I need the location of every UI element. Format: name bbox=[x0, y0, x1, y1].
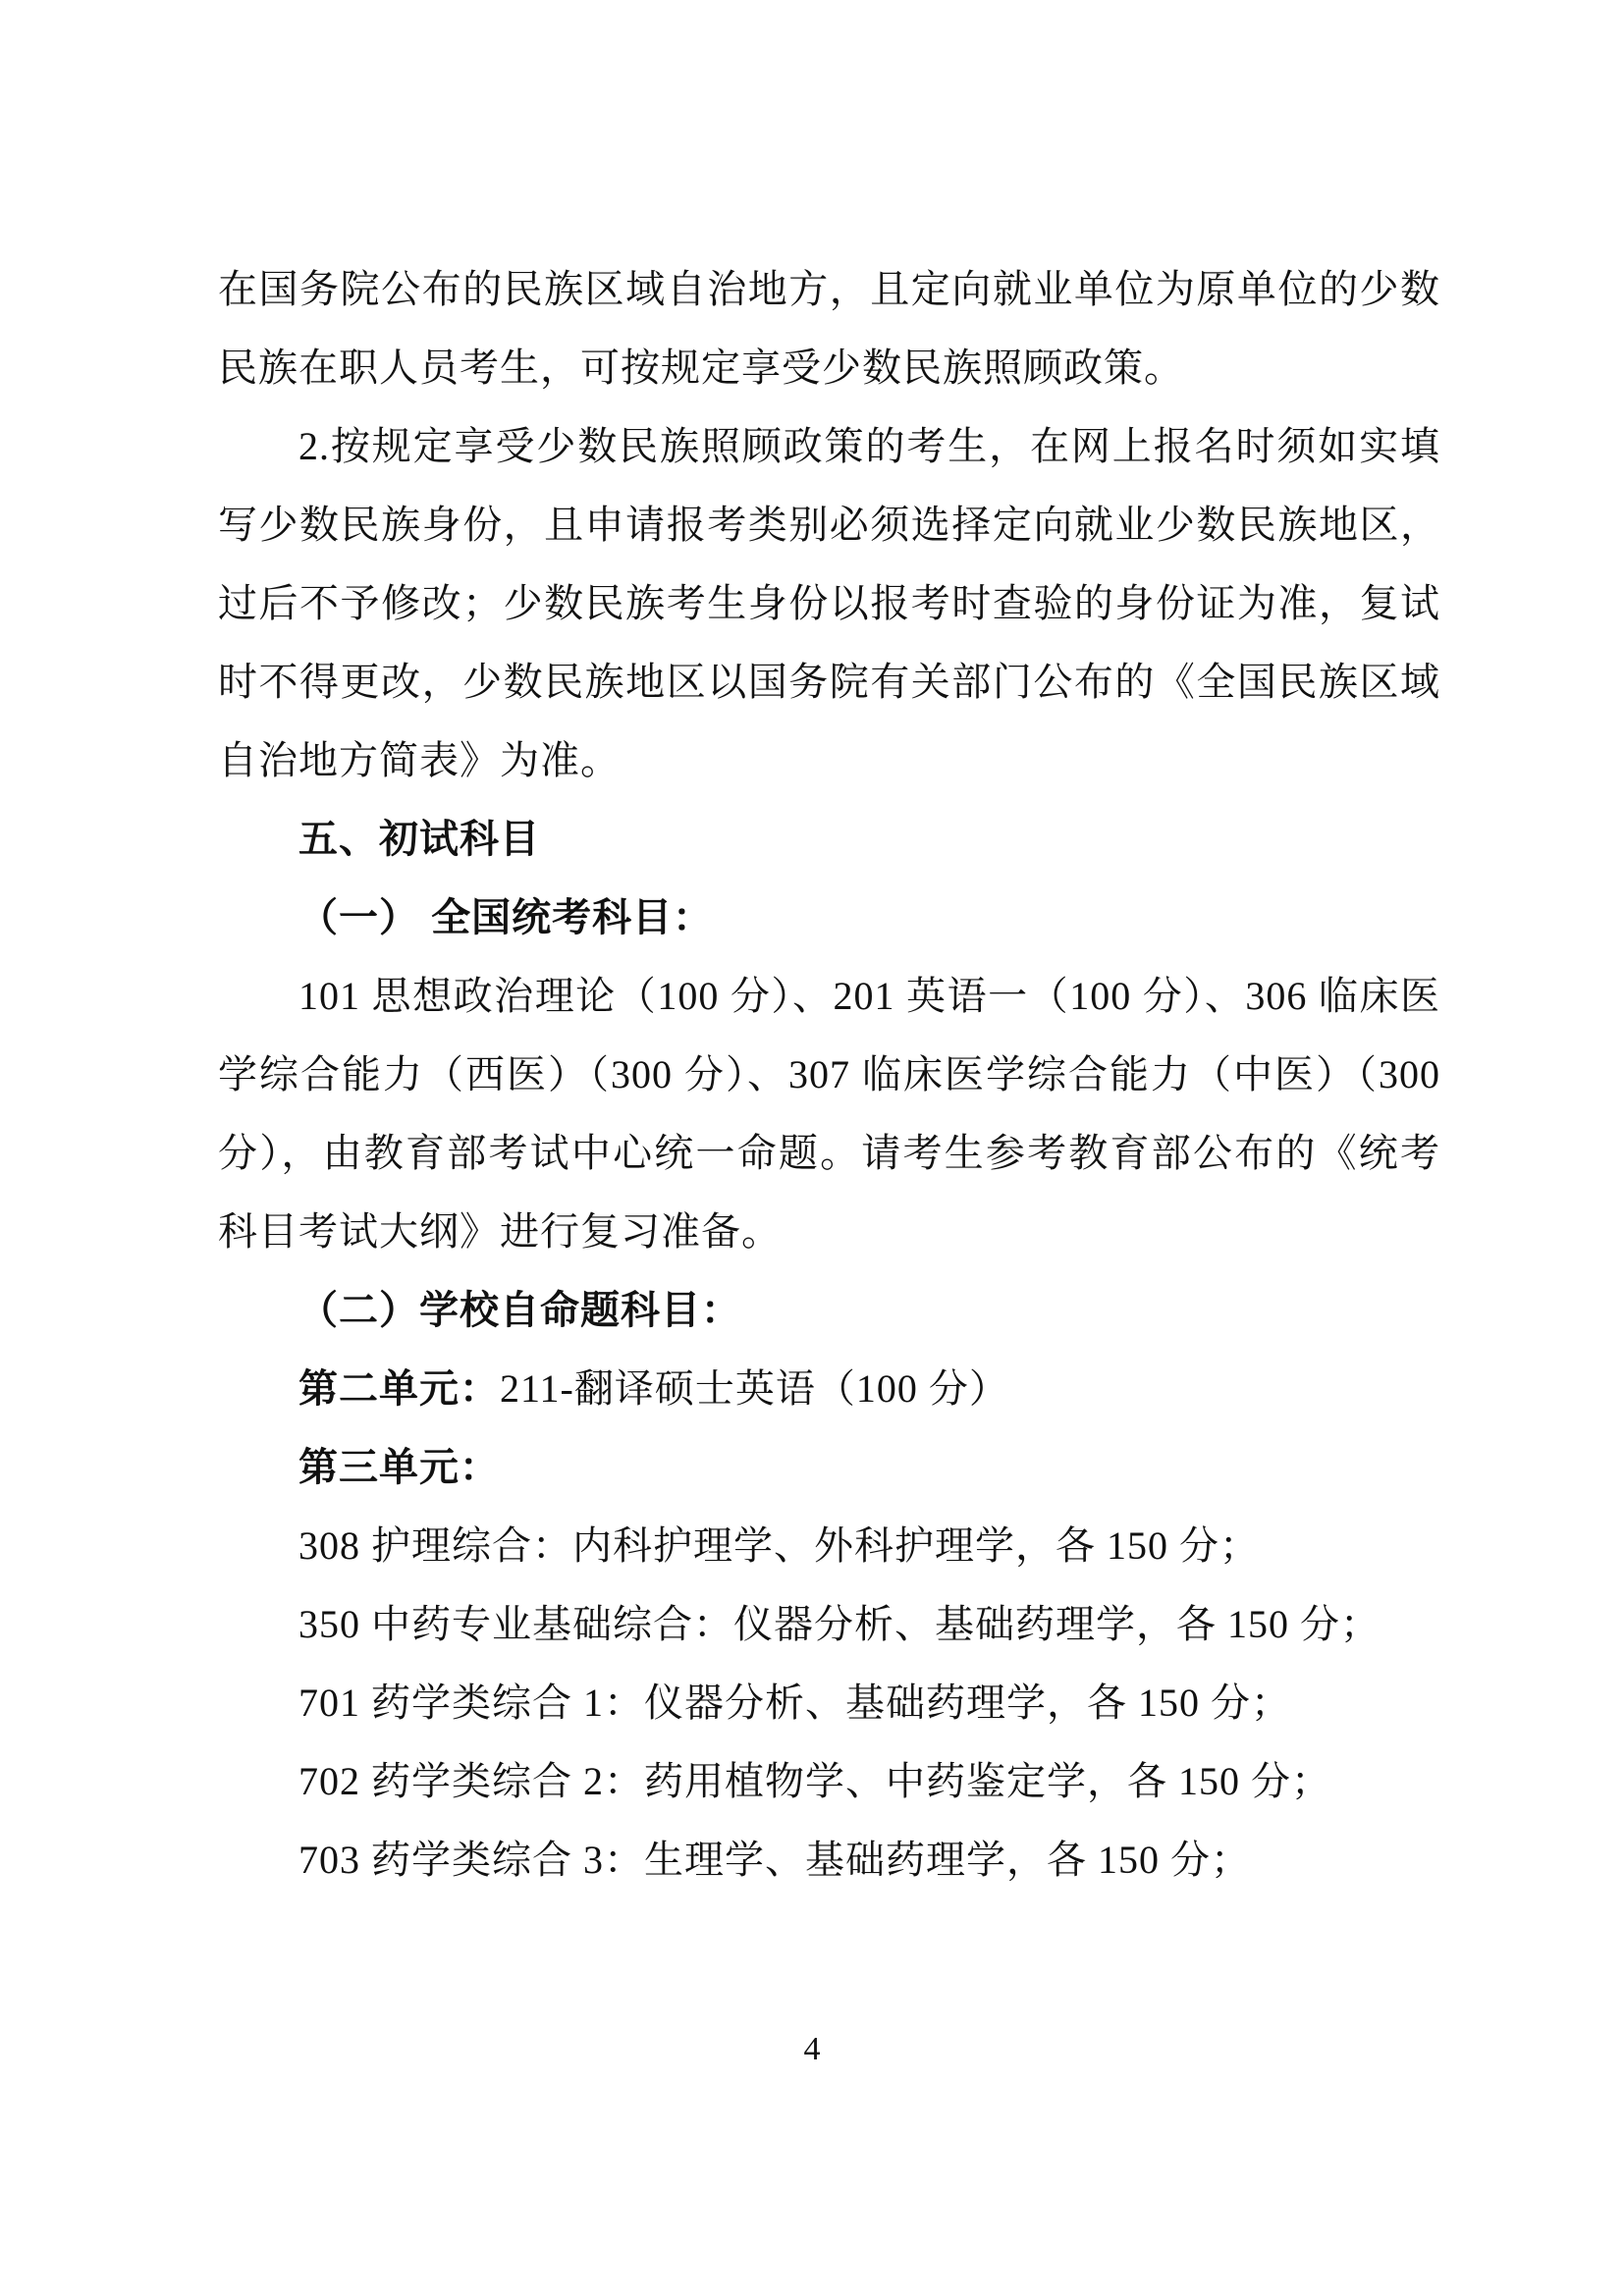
subsection-heading-national-unified-subjects: （一） 全国统考科目： bbox=[218, 879, 1440, 957]
paragraph-minority-policy-rule2: 2.按规定享受少数民族照顾政策的考生，在网上报名时须如实填写少数民族身份，且申请… bbox=[218, 407, 1440, 800]
subject-line-308-nursing: 308 护理综合：内科护理学、外科护理学，各 150 分； bbox=[218, 1507, 1440, 1585]
paragraph-national-unified-subjects-detail: 101 思想政治理论（100 分）、201 英语一（100 分）、306 临床医… bbox=[218, 957, 1440, 1271]
paragraph-minority-policy-continuation: 在国务院公布的民族区域自治地方，且定向就业单位为原单位的少数民族在职人员考生，可… bbox=[218, 250, 1440, 407]
document-page: 在国务院公布的民族区域自治地方，且定向就业单位为原单位的少数民族在职人员考生，可… bbox=[0, 0, 1624, 2296]
subject-line-702-pharmacy-2: 702 药学类综合 2：药用植物学、中药鉴定学，各 150 分； bbox=[218, 1742, 1440, 1821]
unit-line-second-unit: 第二单元：211-翻译硕士英语（100 分） bbox=[218, 1350, 1440, 1428]
page-number: 4 bbox=[0, 2032, 1624, 2067]
subsection-heading-school-self-proposed-subjects: （二）学校自命题科目： bbox=[218, 1271, 1440, 1350]
second-unit-label: 第二单元： bbox=[298, 1367, 500, 1411]
document-body: 在国务院公布的民族区域自治地方，且定向就业单位为原单位的少数民族在职人员考生，可… bbox=[218, 250, 1440, 1899]
subject-line-703-pharmacy-3: 703 药学类综合 3：生理学、基础药理学，各 150 分； bbox=[218, 1821, 1440, 1899]
subject-line-701-pharmacy-1: 701 药学类综合 1：仪器分析、基础药理学，各 150 分； bbox=[218, 1664, 1440, 1742]
subject-line-350-chinese-pharmacy: 350 中药专业基础综合：仪器分析、基础药理学，各 150 分； bbox=[218, 1585, 1440, 1664]
second-unit-subject: 211-翻译硕士英语（100 分） bbox=[500, 1366, 1009, 1411]
unit-heading-third-unit: 第三单元： bbox=[218, 1428, 1440, 1507]
section-heading-initial-exam-subjects: 五、初试科目 bbox=[218, 800, 1440, 879]
